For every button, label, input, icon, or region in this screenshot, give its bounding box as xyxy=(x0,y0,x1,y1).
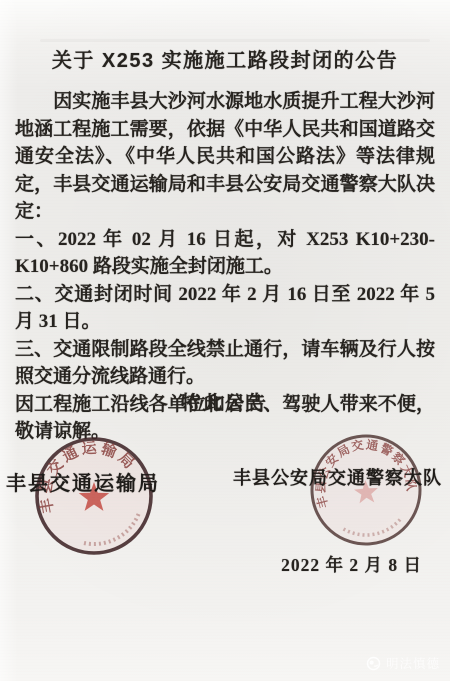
watermark: 明法慎德 xyxy=(366,654,440,672)
notice-document: 关于 X253 实施施工路段封闭的公告 因实施丰县大沙河水源地水质提升工程大沙河… xyxy=(0,0,450,681)
notice-paragraph: 二、交通封闭时间 2022 年 2 月 16 日至 2022 年 5 月 31 … xyxy=(15,281,435,336)
notice-title: 关于 X253 实施施工路段封闭的公告 xyxy=(0,44,450,73)
watermark-label: 明法慎德 xyxy=(386,654,440,672)
notice-closing: 特此公告 xyxy=(0,388,450,415)
police-brigade-seal-stamp: 丰县公安局交通警察大队 xyxy=(302,427,430,553)
notice-date: 2022 年 2 月 8 日 xyxy=(281,552,422,577)
notice-paragraph: 三、交通限制路段全线禁止通行，请车辆及行人按照交通分流线路通行。 xyxy=(15,336,435,391)
notice-paragraph: 因实施丰县大沙河水源地水质提升工程大沙河地涵工程施工需要，依据《中华人民共和国道… xyxy=(15,88,435,226)
signature-police-brigade: 丰县公安局交通警察大队 xyxy=(233,464,442,490)
scales-logo-icon xyxy=(366,656,381,671)
notice-paragraph: 一、2022 年 02 月 16 日起，对 X253 K10+230-K10+8… xyxy=(15,226,435,281)
transport-bureau-seal-stamp: 丰县交通运输局 xyxy=(32,434,156,558)
signature-transport-bureau: 丰县交通运输局 xyxy=(6,467,160,496)
notice-photo: 关于 X253 实施施工路段封闭的公告 因实施丰县大沙河水源地水质提升工程大沙河… xyxy=(0,0,450,681)
